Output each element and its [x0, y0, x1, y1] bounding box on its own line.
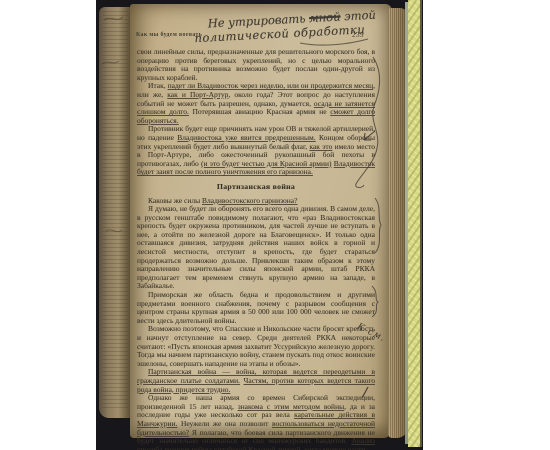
printed-text: свои линейные силы, предназначенные для … — [137, 47, 375, 82]
left-page-curled-edge — [99, 7, 131, 418]
paragraph: Я думаю, не будет ли оборонять его всего… — [137, 205, 375, 291]
paragraph: Партизанская война — война, которая веде… — [137, 368, 375, 394]
printed-text: Я думаю, не будет ли оборонять его всего… — [137, 204, 375, 290]
printed-text: Потерявшая авиацию Красная армия не — [189, 107, 330, 116]
paragraph: Противник будет еще причинять нам урон О… — [137, 125, 375, 177]
body-text: свои линейные силы, предназначенные для … — [137, 48, 375, 450]
running-title: Как мы будем воевать — [136, 32, 202, 38]
paragraph: Однако же наша армия со времен Сибирской… — [137, 394, 375, 450]
page-header: Как мы будем воевать 239 — [136, 30, 386, 40]
page-number: 239 — [352, 31, 364, 39]
paragraph: Приморская же область бедна и продовольс… — [137, 291, 375, 325]
paragraph: свои линейные силы, предназначенные для … — [137, 48, 375, 82]
paragraph: Возможно поэтому, что Спасские и Никольс… — [137, 325, 375, 368]
photo-of-annotated-book-page: Не утрировать мной этой политической обр… — [0, 0, 550, 450]
printed-text: Возможно поэтому, что Спасские и Никольс… — [137, 324, 375, 367]
photo-backdrop: Не утрировать мной этой политической обр… — [96, 0, 423, 450]
book-cover-edge — [408, 0, 422, 447]
paragraph: Итак, падет ли Владивосток через неделю,… — [137, 82, 375, 125]
printed-text: Приморская же область бедна и продовольс… — [137, 290, 375, 325]
section-heading: Партизанская война — [137, 183, 375, 192]
book-page: Не утрировать мной этой политической обр… — [130, 4, 392, 438]
